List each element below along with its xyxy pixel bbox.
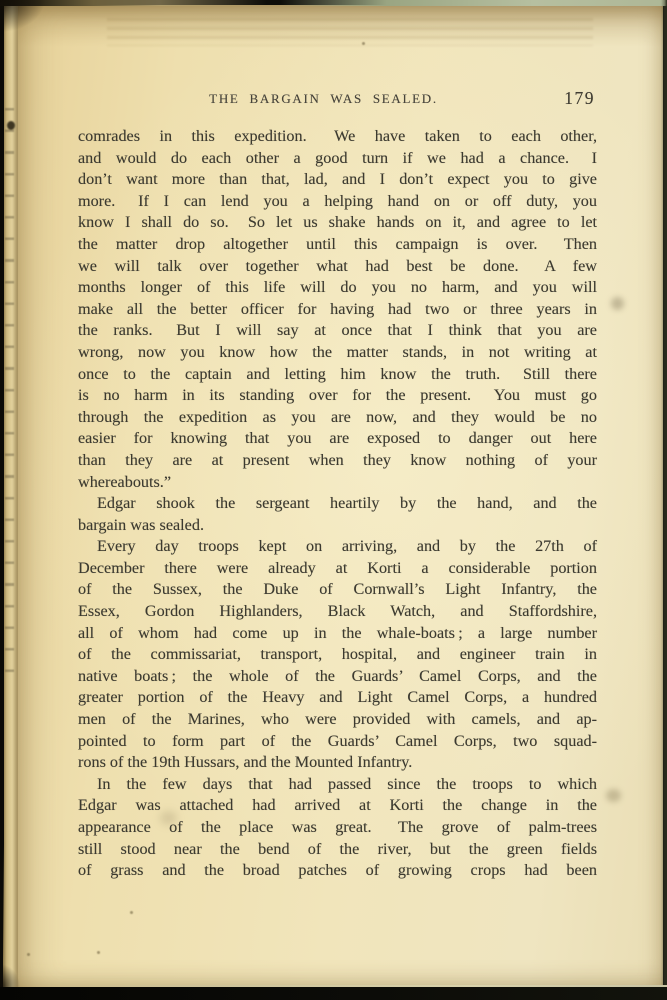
text-line: greater portion of the Heavy and Light C… <box>78 687 597 709</box>
paper-stain <box>611 297 624 310</box>
text-line: December there were already at Korti a c… <box>78 558 597 580</box>
text-line: of the Sussex, the Duke of Cornwall’s Li… <box>78 579 597 601</box>
text-line: Edgar shook the sergeant heartily by the… <box>78 493 597 515</box>
photo-top-edge-strip <box>0 0 667 6</box>
text-line: know I shall do so. So let us shake hand… <box>78 212 597 234</box>
paper-speck <box>130 911 133 914</box>
adjacent-page-ink-dot <box>7 121 15 130</box>
text-line: whereabouts.” <box>78 472 597 494</box>
text-line: wrong, now you know how the matter stand… <box>78 342 597 364</box>
photo-right-edge <box>661 0 667 1000</box>
text-block: comrades in this expedition. We have tak… <box>78 126 597 882</box>
page-header: THE BARGAIN WAS SEALED. 179 <box>78 91 597 113</box>
paper-speck <box>97 951 100 954</box>
photo-top-left-shadow <box>0 0 80 46</box>
text-line: comrades in this expedition. We have tak… <box>78 126 597 148</box>
paper-stain <box>606 789 621 802</box>
text-line: more. If I can lend you a helping hand o… <box>78 191 597 213</box>
text-line: men of the Marines, who were provided wi… <box>78 709 597 731</box>
text-line: of the commissariat, transport, hospital… <box>78 644 597 666</box>
page-top-streaks <box>107 18 593 46</box>
text-line: Essex, Gordon Highlanders, Black Watch, … <box>78 601 597 623</box>
text-line: is no harm in its standing over for the … <box>78 385 597 407</box>
text-line: all of whom had come up in the whale-boa… <box>78 623 597 645</box>
text-line: make all the better officer for having h… <box>78 299 597 321</box>
adjacent-page-text-fragments <box>5 108 14 683</box>
text-line: appearance of the place was great. The g… <box>78 817 597 839</box>
photo-left-dark-strip <box>0 0 4 960</box>
text-line: don’t want more than that, lad, and I do… <box>78 169 597 191</box>
text-line: through the expedition as you are now, a… <box>78 407 597 429</box>
text-line: pointed to form part of the Guards’ Came… <box>78 731 597 753</box>
text-line: bargain was sealed. <box>78 515 597 537</box>
text-line: we will talk over together what had best… <box>78 256 597 278</box>
text-line: of grass and the broad patches of growin… <box>78 860 597 882</box>
text-line: rons of the 19th Hussars, and the Mounte… <box>78 752 597 774</box>
text-line: months longer of this life will do you n… <box>78 277 597 299</box>
text-line: once to the captain and letting him know… <box>78 364 597 386</box>
text-line: native boats ; the whole of the Guards’ … <box>78 666 597 688</box>
running-header-title: THE BARGAIN WAS SEALED. <box>64 91 583 107</box>
paper-speck <box>362 42 365 45</box>
photo-bottom-left-shadow <box>0 955 28 987</box>
text-line: the matter drop altogether until this ca… <box>78 234 597 256</box>
text-line: the ranks. But I will say at once that I… <box>78 320 597 342</box>
text-line: In the few days that had passed since th… <box>78 774 597 796</box>
page-number: 179 <box>564 88 595 109</box>
text-line: still stood near the bend of the river, … <box>78 839 597 861</box>
book-page: THE BARGAIN WAS SEALED. 179 comrades in … <box>17 5 663 987</box>
text-line: easier for knowing that you are exposed … <box>78 428 597 450</box>
scanned-book-photo: THE BARGAIN WAS SEALED. 179 comrades in … <box>0 0 667 1000</box>
text-line: Every day troops kept on arriving, and b… <box>78 536 597 558</box>
text-line: Edgar was attached had arrived at Korti … <box>78 795 597 817</box>
text-line: and would do each other a good turn if w… <box>78 148 597 170</box>
text-line: than they are at present when they know … <box>78 450 597 472</box>
paper-stain <box>160 811 177 825</box>
photo-bottom-dark-strip <box>0 987 667 1000</box>
